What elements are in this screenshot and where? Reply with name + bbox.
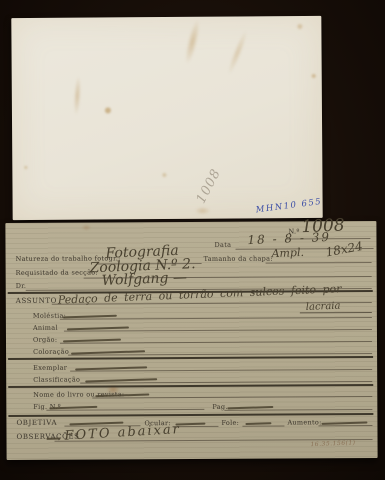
date-field-label: Data	[214, 241, 231, 249]
magnification-label: Aumento:	[287, 418, 321, 426]
animal-label: Animal	[33, 324, 58, 332]
magnification-line	[318, 425, 372, 426]
bellows-line	[242, 426, 284, 427]
stain	[162, 173, 166, 177]
objective-label: OBJETIVA	[16, 419, 57, 427]
book-name-line	[92, 396, 372, 398]
stain	[73, 75, 82, 115]
stain	[195, 207, 211, 215]
stain	[312, 74, 316, 78]
specimen-line	[70, 369, 372, 372]
plate-size-label: Tamanho da chapa:	[204, 255, 273, 263]
figure-number-line	[46, 409, 204, 411]
blue-ink-inscription: MHN10 655	[255, 197, 323, 216]
stain	[105, 107, 111, 113]
photo-record-form-card: N.º 1008 Data 18 - 8 - 39 Natureza do tr…	[5, 221, 377, 460]
animal-line	[64, 329, 372, 332]
section-rule	[8, 356, 373, 360]
doctor-value: Wolfgang —	[101, 271, 187, 288]
bellows-label: Fole:	[221, 419, 239, 427]
photo-back-card: 1008 MHN10 655	[11, 16, 322, 220]
plate-size-line	[266, 262, 372, 264]
doctor-label: Dr.	[16, 282, 27, 290]
classification-label: Classificação	[33, 376, 80, 384]
organ-label: Orgão:	[33, 336, 57, 344]
archive-code-note: 16.35.156(1)	[310, 439, 355, 448]
empty-entry-dash	[46, 438, 60, 440]
disease-line	[60, 317, 372, 320]
section-rule	[8, 413, 373, 417]
subject-overflow-underline	[300, 312, 372, 313]
coloring-label: Coloração	[33, 348, 69, 356]
scan-background: 1008 MHN10 655 N.º 1008 Data 18 - 8 - 39…	[0, 0, 385, 480]
date-field-value: 18 - 8 - 39	[247, 231, 331, 246]
stain	[81, 225, 91, 231]
page-line	[224, 409, 372, 411]
stain	[225, 29, 250, 77]
plate-size-type-value: Ampl.	[271, 247, 304, 259]
organ-line	[60, 341, 372, 344]
section-rule	[8, 384, 373, 388]
stain	[297, 24, 302, 29]
specimen-label: Exemplar	[33, 364, 67, 372]
stain	[24, 166, 27, 169]
requested-by-label: Requisitado da secção:	[16, 268, 98, 276]
classification-line	[80, 381, 372, 384]
stain	[182, 18, 203, 65]
coloring-line	[68, 353, 372, 356]
subject-label: ASSUNTO	[16, 297, 57, 305]
pencil-number-note: 1008	[194, 166, 224, 206]
